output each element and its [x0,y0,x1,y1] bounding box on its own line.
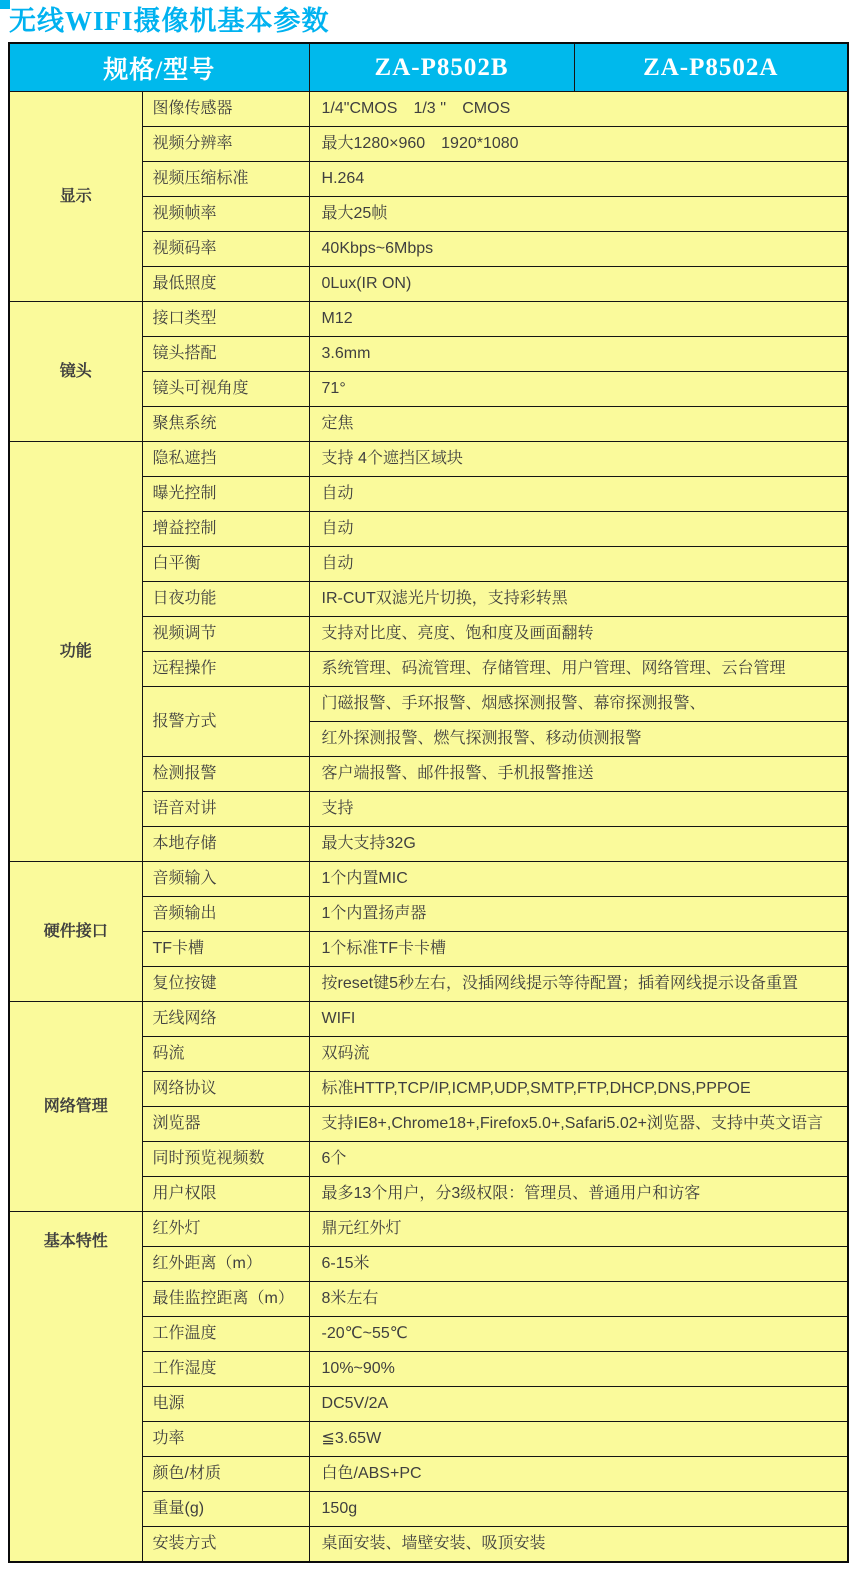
param-label: 语音对讲 [142,792,309,827]
param-value: M12 [309,302,848,337]
param-label: 增益控制 [142,512,309,547]
param-value: 鼎元红外灯 [309,1212,848,1247]
category-cell: 网络管理 [9,1002,142,1212]
param-label: 工作温度 [142,1317,309,1352]
param-label: 镜头可视角度 [142,372,309,407]
param-label: 同时预览视频数 [142,1142,309,1177]
param-label: 无线网络 [142,1002,309,1037]
param-label: 白平衡 [142,547,309,582]
param-label: 码流 [142,1037,309,1072]
param-value: DC5V/2A [309,1387,848,1422]
param-label: 功率 [142,1422,309,1457]
param-label: 音频输入 [142,862,309,897]
spec-row: 基本特性红外灯鼎元红外灯 [9,1212,848,1247]
param-value: 8米左右 [309,1282,848,1317]
param-value: ≦3.65W [309,1422,848,1457]
spec-row: 镜头接口类型M12 [9,302,848,337]
param-value: 支持对比度、亮度、饱和度及画面翻转 [309,617,848,652]
header-model-b: ZA-P8502B [309,43,574,92]
param-label: 颜色/材质 [142,1457,309,1492]
param-value: IR-CUT双滤光片切换，支持彩转黑 [309,582,848,617]
param-label: 网络协议 [142,1072,309,1107]
param-label: 红外距离（m） [142,1247,309,1282]
param-value: 6个 [309,1142,848,1177]
param-label: TF卡槽 [142,932,309,967]
param-label: 视频帧率 [142,197,309,232]
param-value: 最大1280×960 1920*1080 [309,127,848,162]
param-label: 视频调节 [142,617,309,652]
param-value: 双码流 [309,1037,848,1072]
param-value: -20℃~55℃ [309,1317,848,1352]
param-value: 系统管理、码流管理、存储管理、用户管理、网络管理、云台管理 [309,652,848,687]
param-value: 10%~90% [309,1352,848,1387]
param-label: 聚焦系统 [142,407,309,442]
param-value: 最大支持32G [309,827,848,862]
param-label: 浏览器 [142,1107,309,1142]
param-label: 报警方式 [142,687,309,757]
param-value: 1个标准TF卡卡槽 [309,932,848,967]
param-value: 自动 [309,512,848,547]
param-label: 检测报警 [142,757,309,792]
header-row: 规格/型号 ZA-P8502B ZA-P8502A [9,43,848,92]
param-label: 安装方式 [142,1527,309,1563]
param-value: 桌面安装、墙壁安装、吸顶安装 [309,1527,848,1563]
param-value: 门磁报警、手环报警、烟感探测报警、幕帘探测报警、 [309,687,848,722]
spec-row: 硬件接口音频输入1个内置MIC [9,862,848,897]
param-value: 40Kbps~6Mbps [309,232,848,267]
category-cell: 功能 [9,442,142,862]
param-value: 3.6mm [309,337,848,372]
param-label: 接口类型 [142,302,309,337]
param-value: 自动 [309,477,848,512]
param-value: 最多13个用户，分3级权限：管理员、普通用户和访客 [309,1177,848,1212]
spec-row: 功能隐私遮挡支持 4个遮挡区域块 [9,442,848,477]
param-value: 支持 4个遮挡区域块 [309,442,848,477]
spec-table-body: 显示图像传感器1/4"CMOS 1/3 '' CMOS视频分辨率最大1280×9… [9,92,848,1563]
param-value: 支持IE8+,Chrome18+,Firefox5.0+,Safari5.02+… [309,1107,848,1142]
category-cell: 显示 [9,92,142,302]
param-value: 1/4"CMOS 1/3 '' CMOS [309,92,848,127]
page-title: 无线WIFI摄像机基本参数 [0,0,855,42]
param-label: 音频输出 [142,897,309,932]
spec-row: 显示图像传感器1/4"CMOS 1/3 '' CMOS [9,92,848,127]
param-value: 0Lux(IR ON) [309,267,848,302]
param-value: 标准HTTP,TCP/IP,ICMP,UDP,SMTP,FTP,DHCP,DNS… [309,1072,848,1107]
spec-row: 网络管理无线网络WIFI [9,1002,848,1037]
param-label: 日夜功能 [142,582,309,617]
param-value: 最大25帧 [309,197,848,232]
param-label: 复位按键 [142,967,309,1002]
param-label: 隐私遮挡 [142,442,309,477]
corner-accent-mark [0,0,10,9]
param-label: 最低照度 [142,267,309,302]
param-label: 工作湿度 [142,1352,309,1387]
param-value: 定焦 [309,407,848,442]
spec-table-header: 规格/型号 ZA-P8502B ZA-P8502A [9,43,848,92]
param-value: 150g [309,1492,848,1527]
param-value: 支持 [309,792,848,827]
param-value: 自动 [309,547,848,582]
param-label: 视频码率 [142,232,309,267]
header-spec-label: 规格/型号 [9,43,309,92]
param-value: 白色/ABS+PC [309,1457,848,1492]
param-label: 镜头搭配 [142,337,309,372]
param-label: 本地存储 [142,827,309,862]
category-cell: 硬件接口 [9,862,142,1002]
param-label: 图像传感器 [142,92,309,127]
param-value: 按reset键5秒左右，没插网线提示等待配置；插着网线提示设备重置 [309,967,848,1002]
param-label: 曝光控制 [142,477,309,512]
header-model-a: ZA-P8502A [574,43,848,92]
param-value: H.264 [309,162,848,197]
spec-table: 规格/型号 ZA-P8502B ZA-P8502A 显示图像传感器1/4"CMO… [8,42,849,1563]
param-label: 视频分辨率 [142,127,309,162]
param-value: 红外探测报警、燃气探测报警、移动侦测报警 [309,722,848,757]
param-value: 客户端报警、邮件报警、手机报警推送 [309,757,848,792]
param-value: 1个内置MIC [309,862,848,897]
param-value: 6-15米 [309,1247,848,1282]
param-label: 红外灯 [142,1212,309,1247]
param-label: 视频压缩标准 [142,162,309,197]
param-value: 71° [309,372,848,407]
param-value: 1个内置扬声器 [309,897,848,932]
category-cell: 基本特性 [9,1212,142,1563]
param-label: 重量(g) [142,1492,309,1527]
param-label: 最佳监控距离（m） [142,1282,309,1317]
category-cell: 镜头 [9,302,142,442]
param-label: 电源 [142,1387,309,1422]
param-value: WIFI [309,1002,848,1037]
param-label: 用户权限 [142,1177,309,1212]
param-label: 远程操作 [142,652,309,687]
